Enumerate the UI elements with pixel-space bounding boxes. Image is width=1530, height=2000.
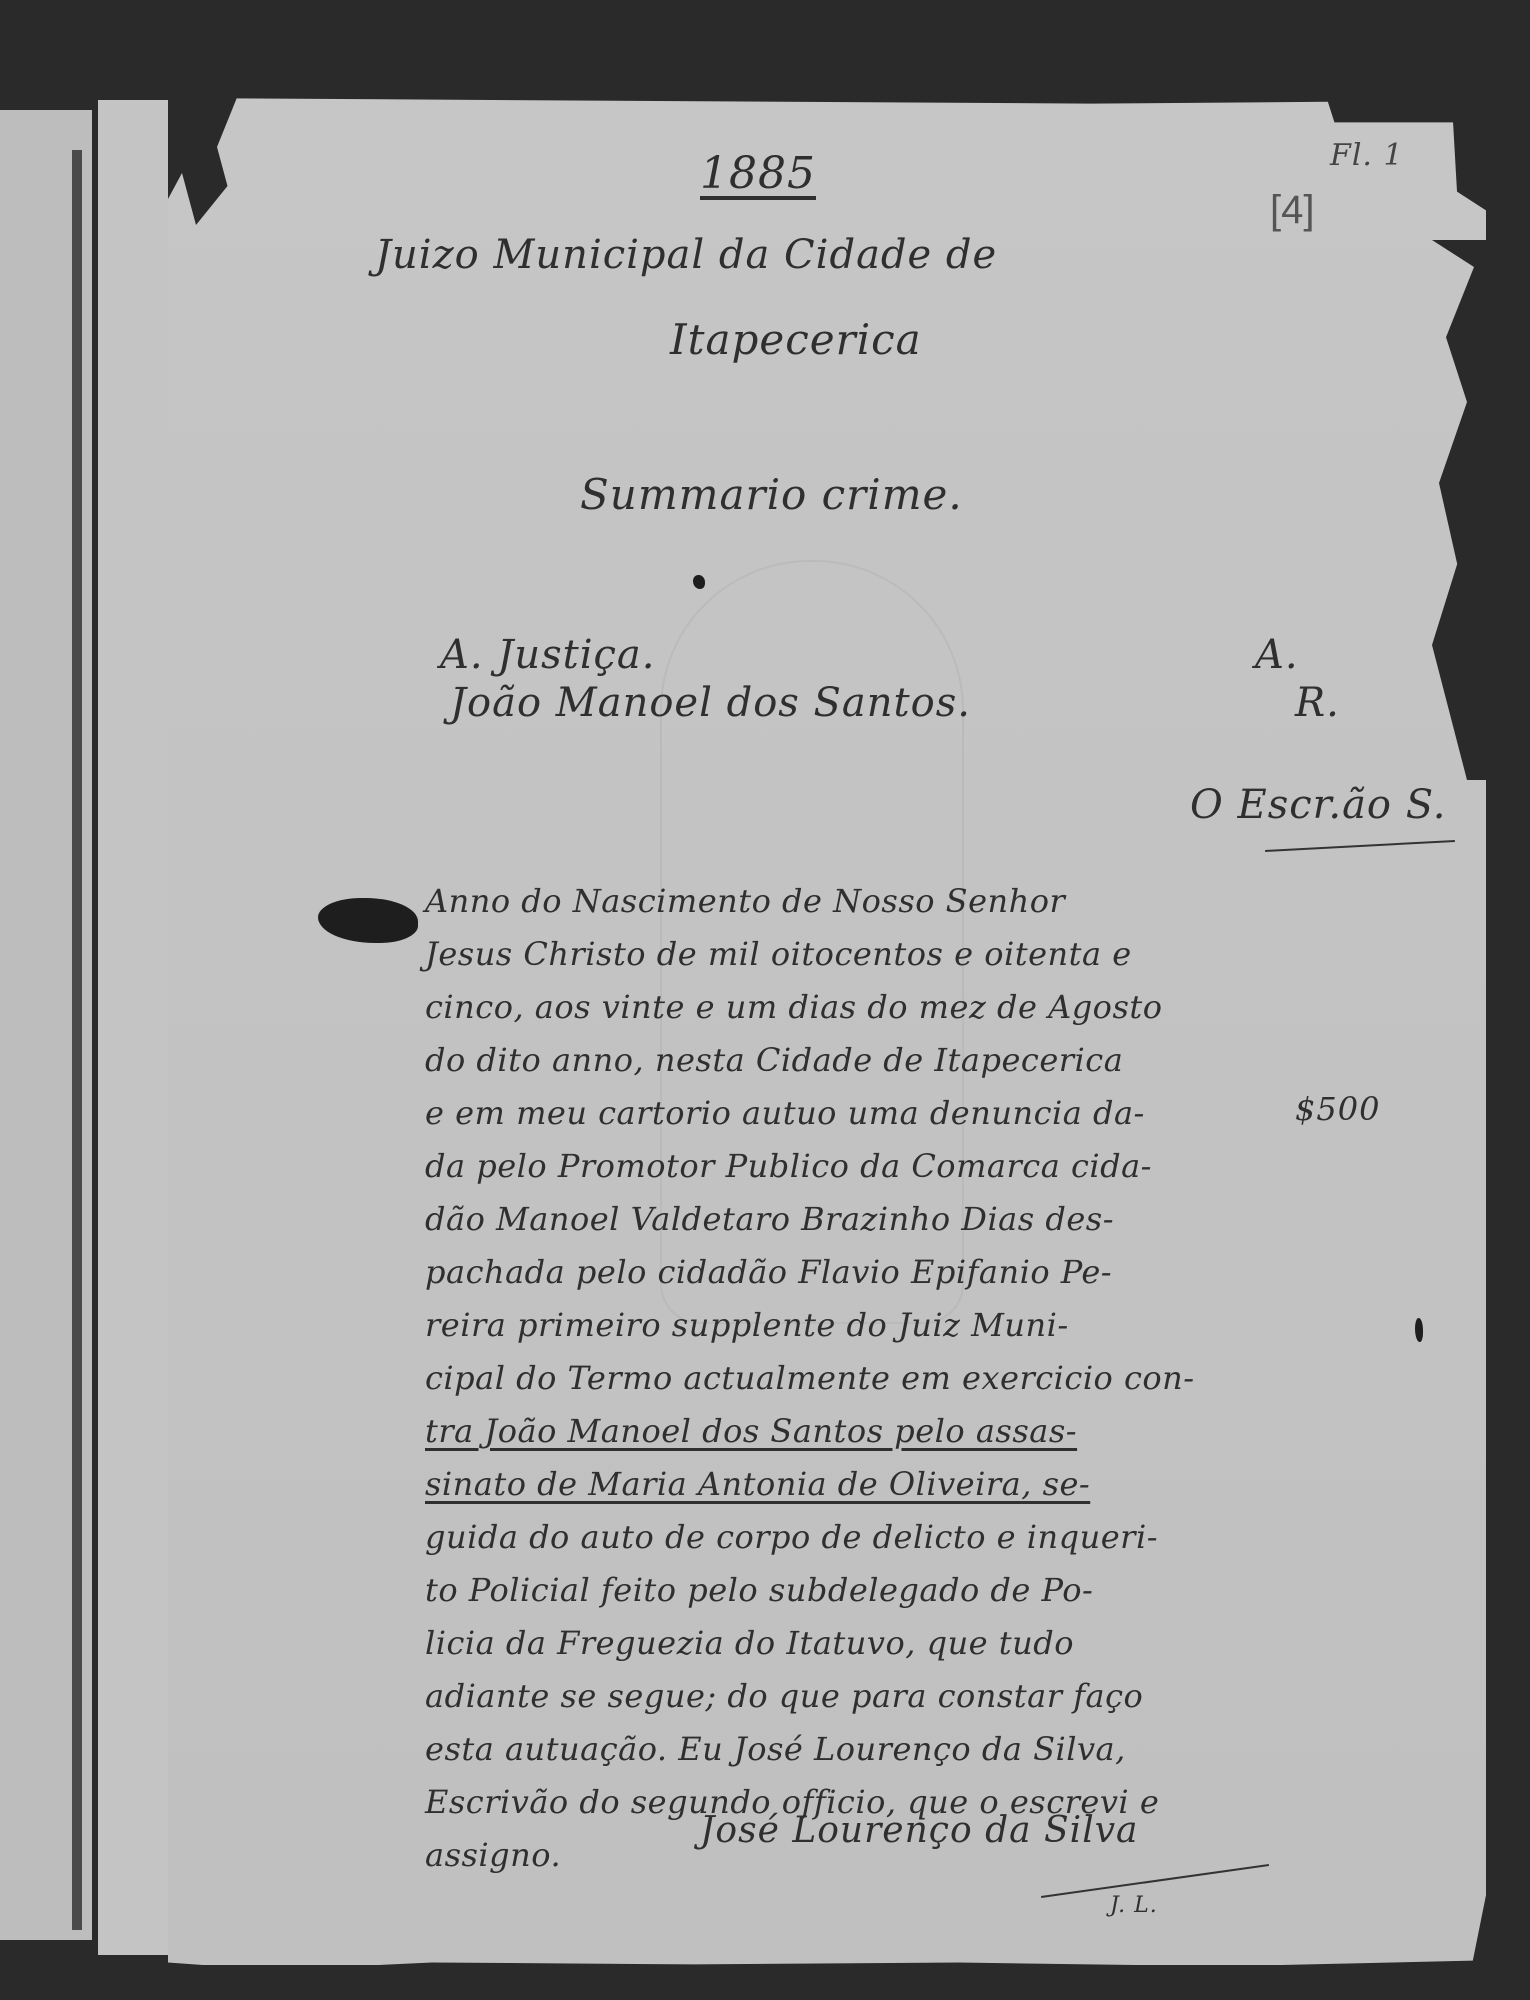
binding-line (72, 150, 82, 1930)
body-line: da pelo Promotor Publico da Comarca cida… (425, 1140, 1435, 1193)
body-line: to Policial feito pelo subdelegado de Po… (425, 1564, 1435, 1617)
ink-dot (693, 575, 705, 589)
binding-strip (98, 100, 170, 1955)
body-line-victim: sinato de Maria Antonia de Oliveira, se- (425, 1458, 1435, 1511)
document-type: Summario crime. (580, 470, 963, 519)
body-line: dão Manoel Valdetaro Brazinho Dias des- (425, 1193, 1435, 1246)
scanned-page: 1885 Fl. 1 [4] Juizo Municipal da Cidade… (0, 0, 1530, 2000)
defendant: João Manoel dos Santos. (450, 680, 971, 726)
body-text: Anno do Nascimento de Nosso Senhor Jesus… (425, 875, 1435, 1882)
court-name: Juizo Municipal da Cidade de (375, 232, 997, 278)
body-line: do dito anno, nesta Cidade de Itapeceric… (425, 1034, 1435, 1087)
signature-mark: J. L. (1110, 1893, 1158, 1918)
body-line-accused: tra João Manoel dos Santos pelo assas- (425, 1405, 1435, 1458)
body-line: cinco, aos vinte e um dias do mez de Ago… (425, 981, 1435, 1034)
escrivao-margin-note: O Escr.ão S. (1190, 782, 1446, 828)
body-line: cipal do Termo actualmente em exercicio … (425, 1352, 1435, 1405)
body-line: guida do auto de corpo de delicto e inqu… (425, 1511, 1435, 1564)
clerk-signature: José Lourenço da Silva (700, 1810, 1139, 1851)
defendant-role: R. (1295, 680, 1340, 726)
body-line: e em meu cartorio autuo uma denuncia da- (425, 1087, 1435, 1140)
year: 1885 (700, 148, 816, 199)
archive-number: [4] (1270, 188, 1314, 233)
body-line: esta autuação. Eu José Lourenço da Silva… (425, 1723, 1435, 1776)
body-line: pachada pelo cidadão Flavio Epifanio Pe- (425, 1246, 1435, 1299)
body-line: reira primeiro supplente do Juiz Muni- (425, 1299, 1435, 1352)
plaintiff-role: A. (1255, 632, 1299, 678)
body-line: Anno do Nascimento de Nosso Senhor (425, 875, 1435, 928)
body-line: adiante se segue; do que para constar fa… (425, 1670, 1435, 1723)
body-line: Jesus Christo de mil oitocentos e oitent… (425, 928, 1435, 981)
bottom-edge (0, 1965, 1530, 2000)
folio-number: Fl. 1 (1330, 138, 1404, 173)
body-line: licia da Freguezia do Itatuvo, que tudo (425, 1617, 1435, 1670)
plaintiff: A. Justiça. (440, 632, 655, 678)
city-name: Itapecerica (670, 315, 922, 364)
